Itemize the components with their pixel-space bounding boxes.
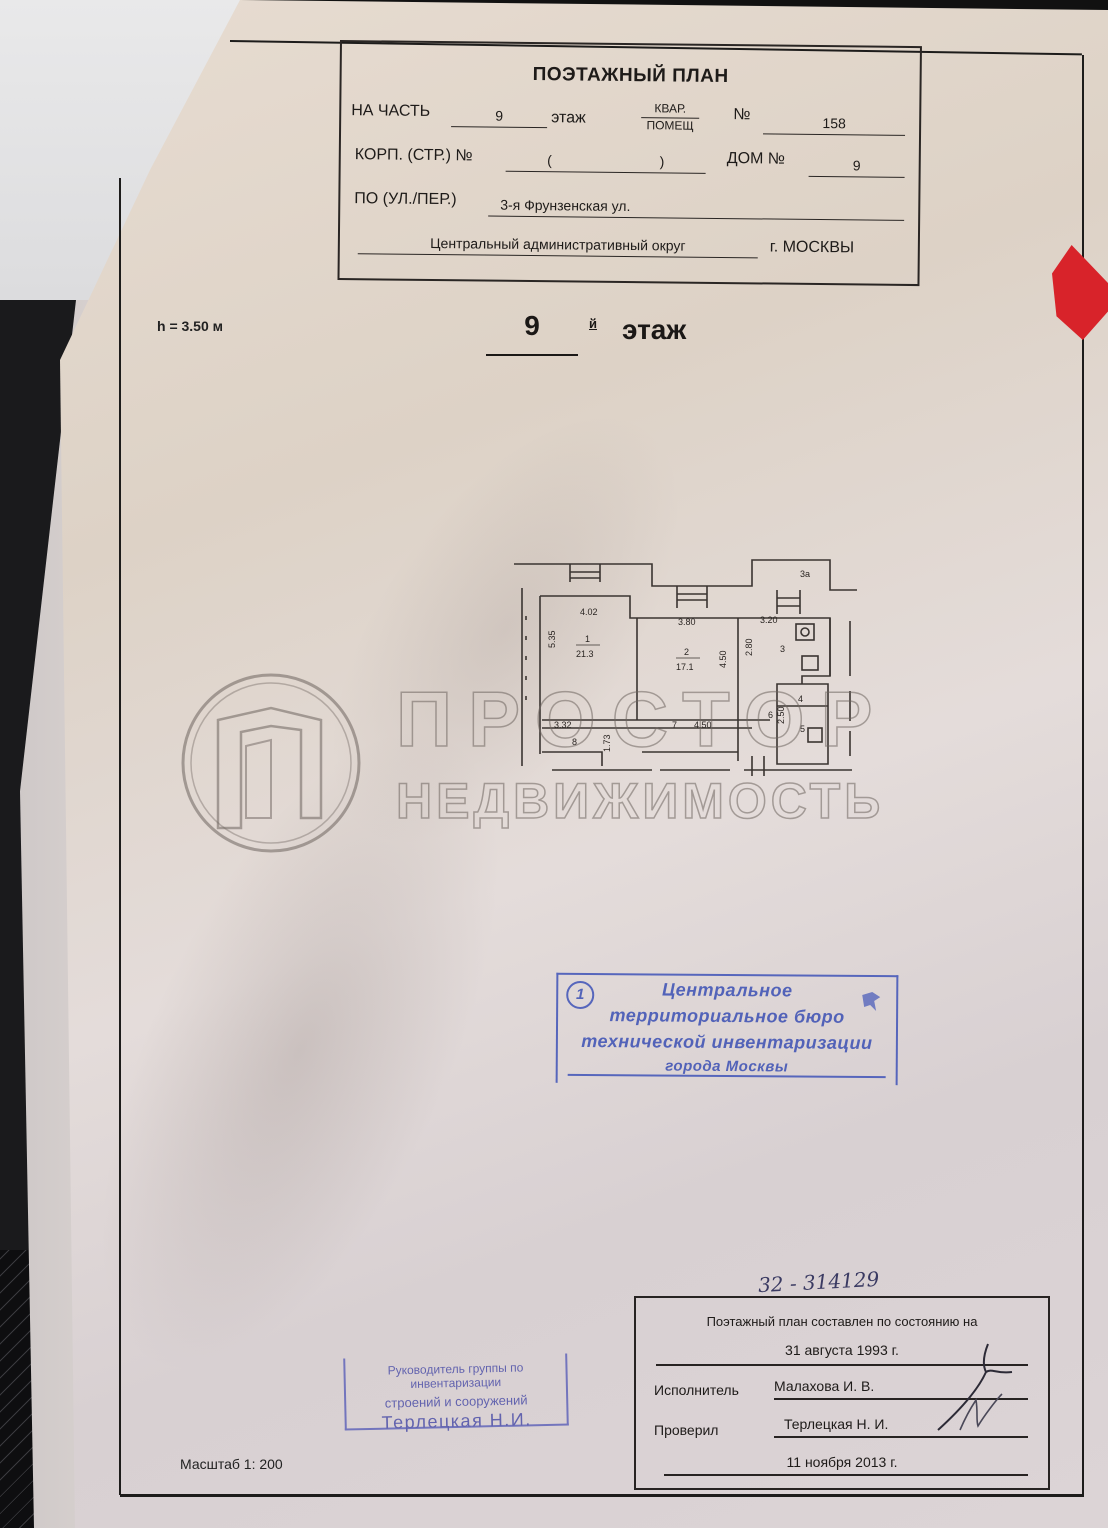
- room-7-id: 7: [672, 720, 677, 730]
- house-value: 9: [809, 157, 905, 178]
- stamp-line-3: технической инвентаризации: [558, 1031, 896, 1054]
- floor-word: этаж: [622, 314, 686, 346]
- room-1-area: 21.3: [576, 649, 594, 659]
- room-8-length: 1.73: [602, 734, 612, 752]
- floor-suffix: й: [589, 316, 597, 331]
- page-frame-bottom: [120, 1494, 1082, 1496]
- checked-label: Проверил: [654, 1422, 718, 1438]
- stamp-line-4: города Москвы: [568, 1057, 886, 1078]
- room-8-width: 3.32: [554, 720, 572, 730]
- room-6-id: 6: [768, 710, 773, 720]
- street-label: ПО (УЛ./ПЕР.): [354, 190, 457, 209]
- state-text: Поэтажный план составлен по состоянию на: [636, 1314, 1048, 1329]
- floor-plan-svg: 4.02 5.35 1 21.3 3.80 2 17.1 4.50 3.20 2…: [512, 556, 857, 778]
- room-2-length: 4.50: [718, 650, 728, 668]
- signature-icon: [920, 1340, 1030, 1440]
- number-value: 158: [763, 114, 905, 135]
- stamp2-line-1: Руководитель группы по инвентаризации: [345, 1360, 566, 1393]
- room-5-id: 5: [800, 724, 805, 734]
- city-label: г. МОСКВЫ: [770, 239, 854, 258]
- room-2-area: 17.1: [676, 662, 694, 672]
- header-form: ПОЭТАЖНЫЙ ПЛАН НА ЧАСТЬ 9 этаж КВАР. ПОМ…: [337, 40, 921, 286]
- divider: [664, 1474, 1028, 1476]
- document-title: ПОЭТАЖНЫЙ ПЛАН: [342, 62, 920, 90]
- executor-name: Малахова И. В.: [774, 1378, 874, 1394]
- street-value: 3-я Фрунзенская ул.: [488, 197, 904, 221]
- floor-plan-drawing: 4.02 5.35 1 21.3 3.80 2 17.1 4.50 3.20 2…: [512, 556, 857, 778]
- building-close-paren: ): [660, 153, 665, 169]
- floor-number: 9: [486, 310, 578, 356]
- room-2-width: 3.80: [678, 617, 696, 627]
- room-7-length: 4.50: [694, 720, 712, 730]
- number-label: №: [733, 106, 750, 124]
- room-2-id: 2: [684, 647, 689, 657]
- checked-date: 11 ноября 2013 г.: [636, 1454, 1048, 1470]
- unit-type-bottom: ПОМЕЩ: [641, 118, 699, 133]
- room-3-width: 3.20: [760, 615, 778, 625]
- part-label: НА ЧАСТЬ: [351, 102, 430, 121]
- room-3-id: 3: [780, 644, 785, 654]
- room-3-length: 2.80: [744, 638, 754, 656]
- unit-type-top: КВАР.: [641, 101, 699, 119]
- checked-name: Терлецкая Н. И.: [784, 1416, 888, 1432]
- stamp-line-2: территориальное бюро: [558, 1005, 896, 1028]
- district-value: Центральный административный округ: [358, 234, 758, 258]
- room-8-id: 8: [572, 737, 577, 747]
- bti-stamp: 1 Центральное территориальное бюро техни…: [556, 973, 899, 1085]
- floor-value: 9: [451, 107, 547, 128]
- stamp-line-1: Центральное: [558, 979, 896, 1002]
- room-1-id: 1: [585, 634, 590, 644]
- room-6-length: 2.50: [776, 706, 786, 724]
- building-label: КОРП. (СТР.) №: [355, 146, 473, 165]
- floor-label: этаж: [551, 109, 586, 127]
- room-1-width: 4.02: [580, 607, 598, 617]
- unit-type: КВАР. ПОМЕЩ: [641, 101, 699, 133]
- room-4-id: 4: [798, 694, 803, 704]
- building-value: ( ): [506, 152, 706, 174]
- executor-label: Исполнитель: [654, 1382, 739, 1398]
- group-head-stamp: Руководитель группы по инвентаризации ст…: [343, 1353, 569, 1430]
- ceiling-height: h = 3.50 м: [157, 318, 223, 334]
- house-label: ДОМ №: [727, 150, 785, 169]
- room-1-length: 5.35: [547, 630, 557, 648]
- building-open-paren: (: [547, 152, 552, 168]
- room-3a-id: 3а: [800, 569, 810, 579]
- scale-label: Масштаб 1: 200: [180, 1456, 283, 1472]
